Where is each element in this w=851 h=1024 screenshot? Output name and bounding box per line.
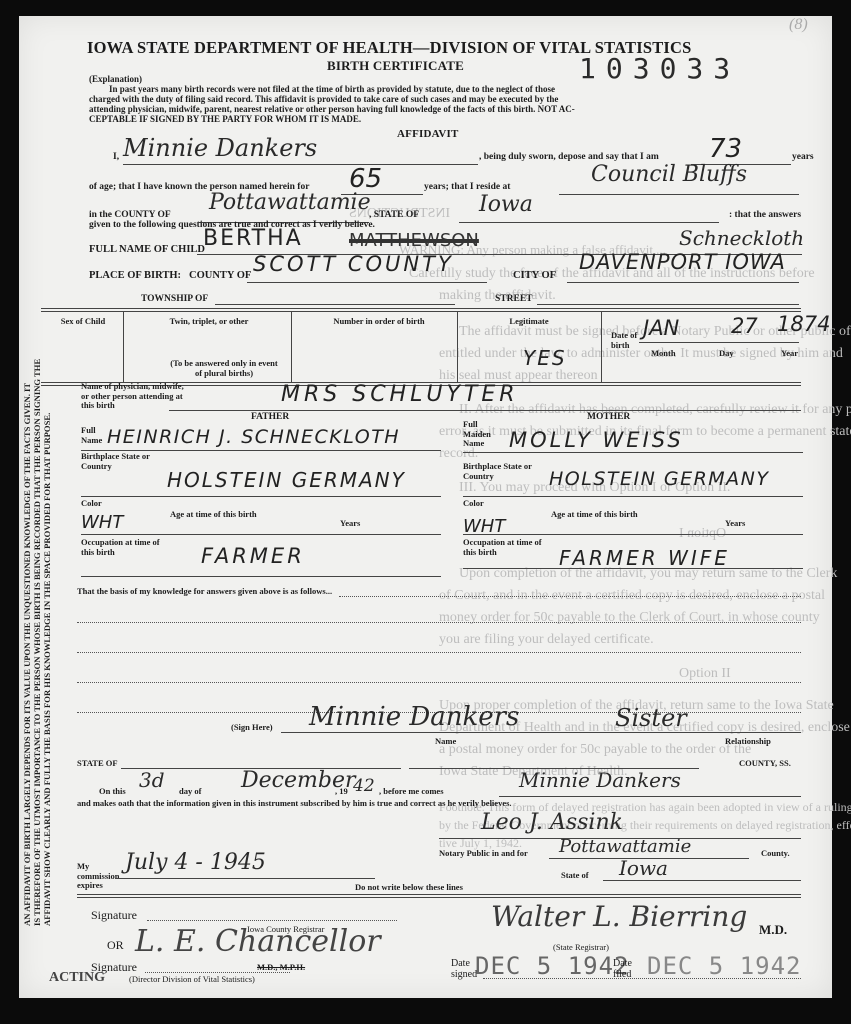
mother-age-label: Age at time of this birth bbox=[551, 510, 641, 520]
mother-occupation-field[interactable]: FARMER WIFE bbox=[559, 546, 730, 570]
field-underline bbox=[81, 576, 441, 577]
residence-field[interactable]: Council Bluffs bbox=[591, 162, 747, 187]
field-underline bbox=[281, 732, 801, 733]
md-label: M.D. bbox=[759, 922, 787, 938]
ghost-line: money order for 50c payable to the Clerk… bbox=[439, 610, 820, 626]
birth-city-field[interactable]: DAVENPORT IOWA bbox=[579, 250, 786, 274]
birth-county-field[interactable]: SCOTT COUNTY bbox=[253, 252, 454, 276]
date-signed-stamp: DEC 5 1942 bbox=[475, 952, 630, 980]
field-underline bbox=[463, 568, 803, 569]
township-label: TOWNSHIP OF bbox=[141, 294, 208, 304]
date-of-birth-label: Date of birth bbox=[611, 330, 641, 350]
field-underline bbox=[459, 222, 719, 223]
explanation-line: CEPTABLE IF SIGNED BY THE PARTY FOR WHOM… bbox=[89, 114, 361, 124]
field-underline bbox=[567, 282, 799, 283]
basis-label: That the basis of my knowledge for answe… bbox=[77, 586, 332, 596]
side-note-line: IS THEREFORE OF THE UTMOST IMPORTANCE TO… bbox=[32, 359, 42, 926]
field-underline bbox=[463, 496, 803, 497]
birth-day-field[interactable]: 27 bbox=[731, 314, 758, 338]
commission-label: My commission expires bbox=[77, 862, 127, 891]
field-underline bbox=[463, 534, 803, 535]
attendant-field[interactable]: MRS SCHLUYTER bbox=[281, 382, 519, 407]
affidavit-heading: AFFIDAVIT bbox=[397, 128, 459, 140]
state-registrar-label: (State Registrar) bbox=[553, 942, 609, 952]
day-label: Day bbox=[719, 348, 734, 358]
col-twin-label: Twin, triplet, or other bbox=[159, 316, 259, 326]
county-label: County. bbox=[761, 848, 790, 858]
acting-stamp: ACTING bbox=[49, 970, 105, 986]
md-mph-label: M.D., M.P.H. bbox=[257, 962, 305, 972]
director-signature[interactable]: L. E. Chancellor bbox=[135, 924, 381, 959]
street-label: STREET bbox=[495, 294, 533, 304]
field-underline bbox=[639, 342, 799, 343]
field-underline bbox=[247, 282, 487, 283]
year-prefix: , 19 bbox=[335, 786, 348, 796]
field-underline bbox=[215, 304, 455, 305]
relationship-label: Relationship bbox=[725, 736, 771, 746]
col-twin-note: (To be answered only in event of plural … bbox=[169, 358, 279, 378]
father-birthplace-field[interactable]: HOLSTEIN GERMANY bbox=[167, 468, 406, 492]
director-signature-line[interactable] bbox=[145, 972, 290, 973]
father-color-field[interactable]: WHT bbox=[81, 512, 123, 533]
father-occupation-field[interactable]: FARMER bbox=[201, 544, 305, 568]
explanation-line: In past years many birth records were no… bbox=[109, 84, 555, 94]
county-registrar-signature-line[interactable] bbox=[147, 920, 397, 921]
sworn-text: , being duly sworn, depose and say that … bbox=[479, 152, 659, 162]
mother-occupation-label: Occupation at time of this birth bbox=[463, 538, 553, 557]
side-note-line: AFFIDAVIT SHOW CLEARLY AND FULLY THE BAS… bbox=[42, 359, 52, 926]
field-underline bbox=[169, 410, 801, 411]
notary-for-label: Notary Public in and for bbox=[439, 848, 528, 858]
ghost-line: you are filing your delayed certificate. bbox=[439, 632, 654, 648]
mother-name-label: Full Maiden Name bbox=[463, 420, 497, 449]
field-underline bbox=[115, 878, 375, 879]
child-first-name-field[interactable]: BERTHA bbox=[203, 226, 303, 251]
birth-year-field[interactable]: 1874 bbox=[777, 312, 830, 336]
legitimate-field[interactable]: YES bbox=[523, 346, 567, 370]
field-underline bbox=[81, 496, 441, 497]
or-label: OR bbox=[107, 938, 124, 953]
answers-text: : that the answers bbox=[729, 210, 801, 220]
state-field[interactable]: Iowa bbox=[479, 192, 533, 217]
ghost-line: Option II bbox=[679, 666, 731, 682]
date-line bbox=[483, 978, 801, 979]
county-field[interactable]: Pottawattamie bbox=[209, 190, 371, 215]
mother-heading: MOTHER bbox=[587, 412, 630, 422]
reside-text: years; that I reside at bbox=[424, 182, 510, 192]
notary-comes-name-field[interactable]: Minnie Dankers bbox=[519, 768, 681, 792]
field-underline bbox=[463, 452, 803, 453]
notary-state-field[interactable]: Iowa bbox=[619, 856, 668, 880]
document-subtitle: BIRTH CERTIFICATE bbox=[327, 58, 464, 74]
state-label: , STATE OF bbox=[369, 210, 419, 220]
birth-month-field[interactable]: JAN bbox=[643, 316, 679, 340]
affiant-age-field[interactable]: 73 bbox=[709, 134, 742, 164]
certificate-number: 103033 bbox=[579, 52, 740, 85]
birth-county-label: COUNTY OF bbox=[189, 270, 251, 281]
field-underline bbox=[499, 796, 801, 797]
notary-state-label: State of bbox=[561, 870, 589, 880]
mother-birthplace-label: Birthplace State or Country bbox=[463, 462, 543, 481]
signature-label: Signature bbox=[91, 908, 137, 923]
affiant-name-field[interactable]: Minnie Dankers bbox=[123, 134, 317, 162]
mother-name-field[interactable]: MOLLY WEISS bbox=[509, 428, 684, 452]
before-me-label: , before me comes bbox=[379, 786, 444, 796]
col-sex-label: Sex of Child bbox=[43, 316, 123, 326]
mother-birthplace-field[interactable]: HOLSTEIN GERMANY bbox=[549, 468, 770, 490]
side-note-line: AN AFFIDAVIT OF BIRTH LARGELY DEPENDS FO… bbox=[22, 359, 32, 926]
field-underline bbox=[603, 880, 801, 881]
director-label: (Director Division of Vital Statistics) bbox=[129, 974, 255, 984]
explanation-label: (Explanation) bbox=[89, 74, 142, 84]
field-underline bbox=[81, 534, 441, 535]
county-ss-label: COUNTY, SS. bbox=[739, 758, 791, 768]
notary-year-field[interactable]: 42 bbox=[353, 776, 375, 796]
birth-city-label: CITY OF bbox=[513, 270, 556, 281]
name-label: Name bbox=[435, 736, 456, 746]
basis-line[interactable] bbox=[77, 622, 801, 623]
commission-expires-field[interactable]: July 4 - 1945 bbox=[125, 850, 266, 875]
date-filed-stamp: DEC 5 1942 bbox=[647, 952, 802, 980]
date-filed-label: Date filed bbox=[613, 958, 643, 980]
basis-line[interactable] bbox=[77, 682, 801, 683]
affiant-signature[interactable]: Minnie Dankers bbox=[309, 702, 519, 732]
notary-day-field[interactable]: 3d bbox=[139, 768, 165, 792]
years-label: years bbox=[792, 152, 814, 162]
field-underline bbox=[123, 164, 478, 165]
attendant-label: Name of physician, midwife, or other per… bbox=[81, 382, 191, 411]
mother-years-label: Years bbox=[725, 518, 745, 528]
father-birthplace-label: Birthplace State or Country bbox=[81, 452, 176, 471]
explanation-line: attending physician, midwife, parent, ne… bbox=[89, 104, 575, 114]
state-of-label: STATE OF bbox=[77, 758, 118, 768]
father-age-label: Age at time of this birth bbox=[170, 510, 260, 520]
side-note: AN AFFIDAVIT OF BIRTH LARGELY DEPENDS FO… bbox=[22, 359, 52, 926]
explanation-line: charged with the duty of filing said rec… bbox=[89, 94, 558, 104]
col-legitimate-label: Legitimate bbox=[469, 316, 589, 326]
mother-color-label: Color bbox=[463, 498, 484, 508]
affiant-i-label: I, bbox=[113, 152, 119, 162]
place-of-birth-label: PLACE OF BIRTH: bbox=[89, 270, 181, 281]
father-name-field[interactable]: HEINRICH J. SCHNECKLOTH bbox=[107, 426, 400, 448]
basis-line[interactable] bbox=[77, 652, 801, 653]
birth-certificate-document: INSTRUCTIONS WARNING: Any person making … bbox=[19, 16, 832, 998]
notary-signature[interactable]: Leo J. Assink bbox=[481, 810, 623, 835]
father-years-label: Years bbox=[340, 518, 360, 528]
father-heading: FATHER bbox=[251, 412, 289, 422]
sign-here-label: (Sign Here) bbox=[231, 722, 273, 732]
section-divider bbox=[77, 894, 801, 898]
col-order-label: Number in order of birth bbox=[329, 316, 429, 326]
corner-mark: (8) bbox=[789, 16, 808, 34]
basis-line[interactable] bbox=[339, 596, 801, 597]
father-occupation-label: Occupation at time of this birth bbox=[81, 538, 171, 557]
year-label: Year bbox=[781, 348, 798, 358]
oath-text: and makes oath that the information give… bbox=[77, 798, 512, 808]
notary-county-field[interactable]: Pottawattamie bbox=[559, 836, 691, 857]
table-divider bbox=[601, 312, 602, 382]
child-struck-name: MATTHEWSON bbox=[349, 230, 479, 251]
do-not-write-label: Do not write below these lines bbox=[355, 882, 463, 892]
day-of-label: day of bbox=[179, 786, 201, 796]
child-name-label: FULL NAME OF CHILD bbox=[89, 244, 205, 255]
county-label: in the COUNTY OF bbox=[89, 210, 171, 220]
on-this-label: On this bbox=[99, 786, 126, 796]
state-registrar-signature[interactable]: Walter L. Bierring bbox=[491, 900, 747, 933]
child-surname-field[interactable]: Schneckloth bbox=[679, 226, 804, 250]
field-underline bbox=[537, 304, 799, 305]
table-top-border bbox=[41, 308, 801, 312]
field-underline bbox=[559, 194, 799, 195]
relationship-field[interactable]: Sister bbox=[615, 704, 687, 732]
table-divider bbox=[457, 312, 458, 382]
father-color-label: Color bbox=[81, 498, 102, 508]
month-label: Month bbox=[651, 348, 676, 358]
table-divider bbox=[291, 312, 292, 382]
table-divider bbox=[123, 312, 124, 382]
ghost-line: a postal money order for 50c payable to … bbox=[439, 742, 751, 758]
